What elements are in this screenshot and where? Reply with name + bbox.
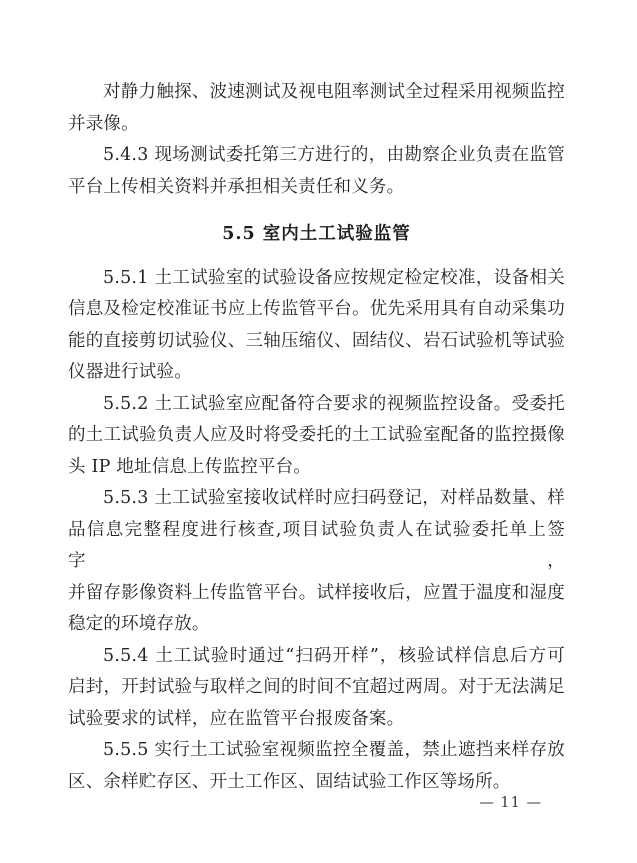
section-heading: 5.5 室内土工试验监管 — [68, 219, 565, 251]
paragraph-line: 5.4.3 现场测试委托第三方进行的，由勘察企业负责在监管 — [68, 140, 565, 172]
paragraph: 5.5.5 实行土工试验室视频监控全覆盖，禁止遮挡来样存放区、余样贮存区、开土工… — [68, 735, 565, 798]
paragraph: 5.4.3 现场测试委托第三方进行的，由勘察企业负责在监管平台上传相关资料并承担… — [68, 140, 565, 203]
paragraph: 5.5.1 土工试验室的试验设备应按规定检定校准，设备相关信息及检定校准证书应上… — [68, 263, 565, 389]
paragraph-line: 能的直接剪切试验仪、三轴压缩仪、固结仪、岩石试验机等试验 — [68, 326, 565, 358]
paragraph-line: 的土工试验负责人应及时将受委托的土工试验室配备的监控摄像 — [68, 420, 565, 452]
paragraph-line: 并留存影像资料上传监管平台。试样接收后，应置于温度和湿度 — [68, 578, 565, 610]
paragraph: 对静力触探、波速测试及视电阻率测试全过程采用视频监控并录像。 — [68, 77, 565, 140]
page-number: — 11 — — [479, 793, 542, 813]
paragraph-line: 5.5.2 土工试验室应配备符合要求的视频监控设备。受委托 — [68, 389, 565, 421]
paragraph-line: 5.5.4 土工试验时通过“扫码开样”，核验试样信息后方可 — [68, 641, 565, 673]
paragraph-line: 5.5.5 实行土工试验室视频监控全覆盖，禁止遮挡来样存放 — [68, 735, 565, 767]
paragraph-line: 试验要求的试样，应在监管平台报废备案。 — [68, 704, 565, 736]
paragraph-line: 启封，开封试验与取样之间的时间不宜超过两周。对于无法满足 — [68, 672, 565, 704]
paragraph-line: 平台上传相关资料并承担相关责任和义务。 — [68, 172, 565, 204]
paragraph-line: 5.5.3 土工试验室接收试样时应扫码登记，对样品数量、样 — [68, 483, 565, 515]
paragraph-line: 并录像。 — [68, 109, 565, 141]
paragraph-line: 头 IP 地址信息上传监控平台。 — [68, 452, 565, 484]
paragraph-line: 信息及检定校准证书应上传监管平台。优先采用具有自动采集功 — [68, 294, 565, 326]
paragraph: 5.5.4 土工试验时通过“扫码开样”，核验试样信息后方可启封，开封试验与取样之… — [68, 641, 565, 736]
paragraph-line: 仪器进行试验。 — [68, 357, 565, 389]
paragraph-line: 对静力触探、波速测试及视电阻率测试全过程采用视频监控 — [68, 77, 565, 109]
document-page: 对静力触探、波速测试及视电阻率测试全过程采用视频监控并录像。5.4.3 现场测试… — [0, 0, 637, 863]
paragraph: 5.5.3 土工试验室接收试样时应扫码登记，对样品数量、样品信息完整程度进行核查… — [68, 483, 565, 641]
paragraph-line: 稳定的环境存放。 — [68, 609, 565, 641]
document-body: 对静力触探、波速测试及视电阻率测试全过程采用视频监控并录像。5.4.3 现场测试… — [68, 77, 565, 798]
paragraph-line: 品信息完整程度进行核查,项目试验负责人在试验委托单上签字， — [68, 515, 565, 578]
paragraph-line: 5.5.1 土工试验室的试验设备应按规定检定校准，设备相关 — [68, 263, 565, 295]
paragraph: 5.5.2 土工试验室应配备符合要求的视频监控设备。受委托的土工试验负责人应及时… — [68, 389, 565, 484]
